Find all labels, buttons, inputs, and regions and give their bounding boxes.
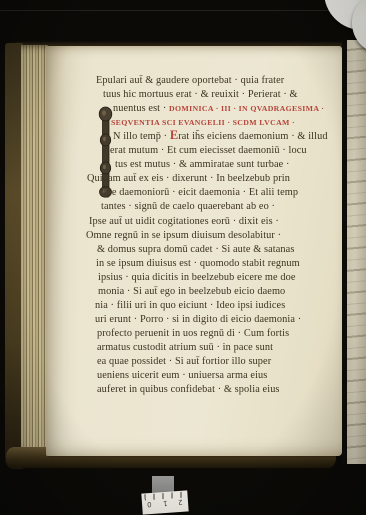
text-block: Epulari aut̄ & gaudere oportebat · quia …	[86, 72, 342, 412]
text-segment: Omne regnū in se ipsum diuisum desolabit…	[86, 230, 281, 241]
text-line: erat mutum · Et cum eiecisset daemoniū ·…	[110, 142, 307, 157]
text-line: Ipse aut̄ ut uidit cogitationes eorū · d…	[89, 213, 279, 228]
text-line: monia · Si aut̄ ego in beelzebub eicio d…	[98, 283, 285, 298]
scale-ruler: 0 1 2	[142, 476, 194, 515]
text-line: uri erunt · Porro · si in digito di eici…	[95, 311, 301, 326]
text-segment: ueniens uicerit eum · uniuersa arma eius	[97, 370, 267, 381]
text-segment: cipe daemoniorū · eicit daemonia · Et al…	[99, 187, 298, 198]
text-line: Quidam aut̄ ex eis · dixerunt · In beelz…	[87, 170, 290, 185]
text-line: tuus hic mortuus erat · & reuixit · Peri…	[103, 86, 298, 101]
text-segment: E	[170, 128, 178, 142]
frame-line	[0, 10, 366, 11]
text-segment: tus est mutus · & ammiratae sunt turbae …	[115, 159, 290, 170]
text-segment: auferet in quibus confidebat · & spolia …	[97, 384, 280, 395]
text-line: cipe daemoniorū · eicit daemonia · Et al…	[99, 184, 298, 199]
text-segment: armatus custodit atrium suū · in pace su…	[97, 342, 273, 353]
text-segment: rat ih̄s eiciens daemonium · & illud	[178, 131, 327, 142]
book-leaf-edges	[21, 45, 48, 465]
text-line: SEQVENTIA SCI EVANGELII · SCDM LVCAM ·	[111, 114, 295, 129]
text-line: ipsius · quia dicitis in beelzebub eicer…	[98, 269, 296, 284]
text-segment: Epulari aut̄ & gaudere oportebat · quia …	[96, 75, 284, 86]
text-segment: erat mutum · Et cum eiecisset daemoniū ·…	[110, 145, 307, 156]
text-segment: ipsius · quia dicitis in beelzebub eicer…	[98, 272, 296, 283]
text-line: tantes · signū de caelo quaerebant ab eo…	[101, 198, 275, 213]
ruler-strip: 0 1 2	[141, 490, 188, 514]
text-segment: N illo temp̄ ·	[113, 131, 170, 142]
ruler-digits: 0 1 2	[142, 497, 188, 508]
ruler-digit: 1	[163, 499, 168, 507]
photo-canvas: Epulari aut̄ & gaudere oportebat · quia …	[0, 0, 366, 515]
ruler-digit: 0	[147, 500, 152, 508]
text-line: nuentus est · DOMINICA · III · IN QVADRA…	[113, 100, 324, 115]
text-segment: Quidam aut̄ ex eis · dixerunt · In beelz…	[87, 173, 290, 184]
text-line: in se ipsum diuisus est · quomodo stabit…	[96, 255, 300, 270]
text-line: profecto peruenit in uos regnū di · Cum …	[97, 325, 289, 340]
text-line: armatus custodit atrium suū · in pace su…	[97, 339, 273, 354]
text-segment: ea quae possidet · Si aut̄ fortior illo …	[97, 356, 271, 367]
text-line: Omne regnū in se ipsum diuisum desolabit…	[86, 227, 281, 242]
text-segment: tantes · signū de caelo quaerebant ab eo…	[101, 201, 275, 212]
text-segment: tuus hic mortuus erat · & reuixit · Peri…	[103, 89, 298, 100]
text-line: tus est mutus · & ammiratae sunt turbae …	[115, 156, 290, 171]
ruler-digit: 2	[178, 498, 183, 506]
facing-page-edge	[347, 40, 366, 464]
text-line: auferet in quibus confidebat · & spolia …	[97, 381, 280, 396]
text-line: N illo temp̄ · Erat ih̄s eiciens daemoni…	[113, 128, 328, 143]
text-segment: monia · Si aut̄ ego in beelzebub eicio d…	[98, 286, 285, 297]
text-segment: nuentus est ·	[113, 103, 169, 114]
text-line: ea quae possidet · Si aut̄ fortior illo …	[97, 353, 271, 368]
text-segment: Ipse aut̄ ut uidit cogitationes eorū · d…	[89, 216, 279, 227]
text-segment: & domus supra domū cadet · Si aute & sat…	[97, 244, 294, 255]
text-segment: nia · filii uri in quo eiciunt · Ideo ip…	[95, 300, 285, 311]
text-line: & domus supra domū cadet · Si aute & sat…	[97, 241, 294, 256]
text-line: ueniens uicerit eum · uniuersa arma eius	[97, 367, 267, 382]
text-segment: in se ipsum diuisus est · quomodo stabit…	[96, 258, 300, 269]
text-segment: DOMINICA · III · IN QVADRAGESIMA ·	[169, 104, 324, 113]
text-segment: uri erunt · Porro · si in digito di eici…	[95, 314, 301, 325]
text-segment: SEQVENTIA SCI EVANGELII · SCDM LVCAM ·	[111, 118, 295, 127]
text-line: Epulari aut̄ & gaudere oportebat · quia …	[96, 72, 284, 87]
text-line: nia · filii uri in quo eiciunt · Ideo ip…	[95, 297, 285, 312]
text-segment: profecto peruenit in uos regnū di · Cum …	[97, 328, 289, 339]
